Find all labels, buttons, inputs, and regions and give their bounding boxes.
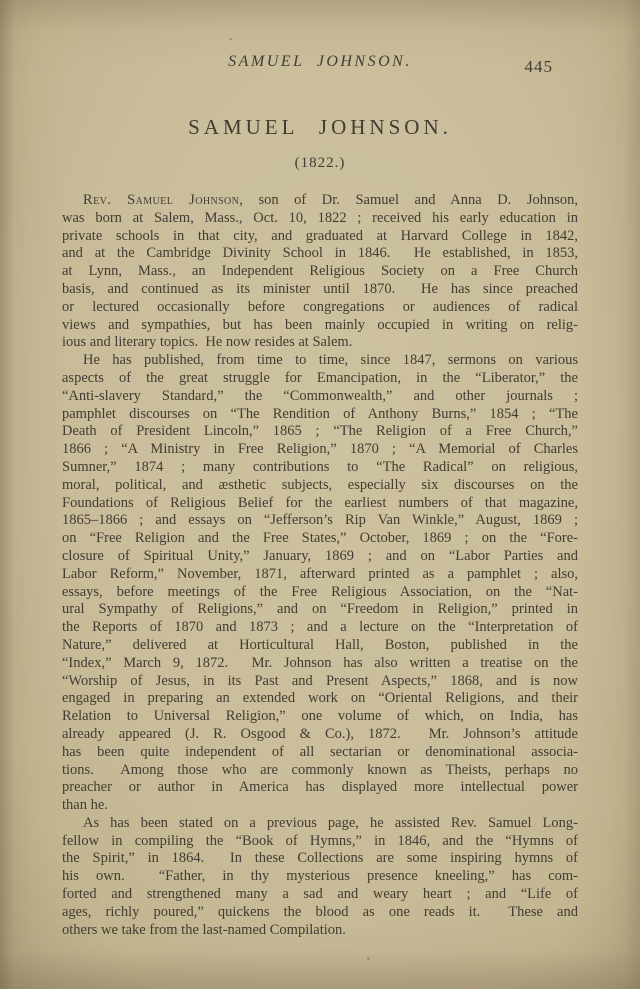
text-line: has been quite independent of all sectar…	[62, 744, 578, 762]
paragraph: As has been stated on a previous page, h…	[62, 815, 578, 940]
paper-speck	[560, 577, 562, 579]
text-line: the Spirit,” in 1864. In these Collectio…	[62, 850, 578, 868]
text-line: closure of Spiritual Unity,” January, 18…	[62, 548, 578, 566]
text-line: Rev. Samuel Johnson, son of Dr. Samuel a…	[62, 192, 578, 210]
text-line: 1865–1866 ; and essays on “Jefferson’s R…	[62, 512, 578, 530]
text-line: forted and strengthened many a sad and w…	[62, 886, 578, 904]
text-line: tions. Among those who are commonly know…	[62, 762, 578, 780]
paragraph: He has published, from time to time, sin…	[62, 352, 578, 815]
text-line: aspects of the great struggle for Emanci…	[62, 370, 578, 388]
text-line: views and sympathies, but has been mainl…	[62, 317, 578, 335]
page-number: 445	[525, 57, 554, 77]
paper-speck	[229, 38, 232, 40]
text-line: already appeared (J. R. Osgood & Co.), 1…	[62, 726, 578, 744]
text-line: the Reports of 1870 and 1873 ; and a lec…	[62, 619, 578, 637]
book-page: SAMUEL JOHNSON. 445 SAMUEL JOHNSON. (182…	[0, 0, 640, 989]
text-line: As has been stated on a previous page, h…	[62, 815, 578, 833]
paragraph: Rev. Samuel Johnson, son of Dr. Samuel a…	[62, 192, 578, 352]
text-line: than he.	[62, 797, 578, 815]
paper-speck	[367, 957, 370, 960]
text-line: and at the Cambridge Divinity School in …	[62, 245, 578, 263]
text-line: Sumner,” 1874 ; many contributions to “T…	[62, 459, 578, 477]
text-line: ious and literary topics. He now resides…	[62, 334, 578, 352]
text-line: engaged in preparing an extended work on…	[62, 690, 578, 708]
text-line: essays, before meetings of the Free Reli…	[62, 584, 578, 602]
text-line: He has published, from time to time, sin…	[62, 352, 578, 370]
text-line: 1866 ; “A Ministry in Free Religion,” 18…	[62, 441, 578, 459]
text-line: “Anti-slavery Standard,” the “Commonweal…	[62, 388, 578, 406]
text-line: preacher or author in America has displa…	[62, 779, 578, 797]
text-line: on “Free Religion and the Free States,” …	[62, 530, 578, 548]
running-title: SAMUEL JOHNSON.	[228, 53, 412, 70]
text-line: “Index,” March 9, 1872. Mr. Johnson has …	[62, 655, 578, 673]
text-line: pamphlet discourses on “The Rendition of…	[62, 406, 578, 424]
text-line: others we take from the last-named Compi…	[62, 922, 578, 940]
text-line: or lectured occasionally before congrega…	[62, 299, 578, 317]
text-body: Rev. Samuel Johnson, son of Dr. Samuel a…	[62, 192, 578, 939]
small-caps-text: Rev. Samuel Johnson	[83, 192, 239, 208]
page-subtitle: (1822.)	[0, 155, 640, 172]
text-line: ages, richly poured,” quickens the blood…	[62, 904, 578, 922]
page-title: SAMUEL JOHNSON.	[0, 115, 640, 140]
text-line: Nature,” delivered at Horticultural Hall…	[62, 637, 578, 655]
text-line: his own. “Father, in thy mysterious pres…	[62, 868, 578, 886]
text-line: Relation to Universal Religion,” one vol…	[62, 708, 578, 726]
text-line: at Lynn, Mass., an Independent Religious…	[62, 263, 578, 281]
text-line: basis, and continued as its minister unt…	[62, 281, 578, 299]
text-line: Death of President Lincoln,” 1865 ; “The…	[62, 423, 578, 441]
running-head: SAMUEL JOHNSON. 445	[63, 0, 577, 75]
text-line: private schools in that city, and gradua…	[62, 228, 578, 246]
text-line: was born at Salem, Mass., Oct. 10, 1822 …	[62, 210, 578, 228]
text-line: Foundations of Religious Belief for the …	[62, 495, 578, 513]
text-line: moral, political, and æsthetic subjects,…	[62, 477, 578, 495]
text-line: “Worship of Jesus, in its Past and Prese…	[62, 673, 578, 691]
text-line: ural Sympathy of Religions,” and on “Fre…	[62, 601, 578, 619]
text-line: Labor Reform,” November, 1871, afterward…	[62, 566, 578, 584]
text-line: fellow in compiling the “Book of Hymns,”…	[62, 833, 578, 851]
